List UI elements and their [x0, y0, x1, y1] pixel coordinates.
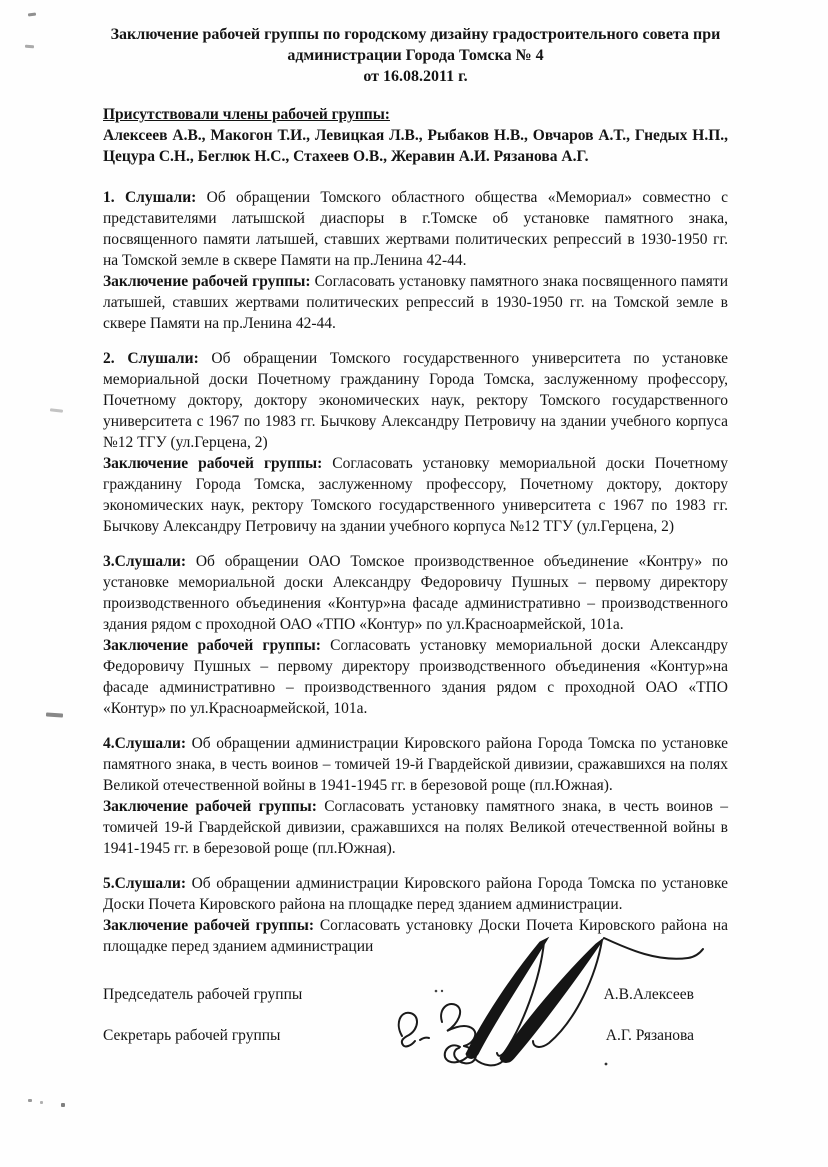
chairman-signature-row: Председатель рабочей группы А.В.Алексеев [103, 984, 728, 1005]
heard-label: 4.Слушали: [103, 735, 186, 752]
conclusion-label: Заключение рабочей группы: [103, 798, 317, 815]
section-4: 4.Слушали: Об обращении администрации Ки… [103, 733, 728, 859]
section-2-conclusion: Заключение рабочей группы: Согласовать у… [103, 453, 728, 537]
section-4-conclusion: Заключение рабочей группы: Согласовать у… [103, 796, 728, 859]
heard-text: Об обращении администрации Кировского ра… [103, 875, 728, 913]
section-3: 3.Слушали: Об обращении ОАО Томское прои… [103, 551, 728, 719]
scan-artifact [28, 12, 36, 16]
heard-text: Об обращении Томского областного обществ… [103, 189, 728, 269]
conclusion-label: Заключение рабочей группы: [103, 273, 311, 290]
section-4-heard: 4.Слушали: Об обращении администрации Ки… [103, 733, 728, 796]
heard-label: 1. Слушали: [103, 189, 196, 206]
section-3-heard: 3.Слушали: Об обращении ОАО Томское прои… [103, 551, 728, 635]
scan-artifact [61, 1103, 65, 1107]
section-1: 1. Слушали: Об обращении Томского област… [103, 187, 728, 334]
attendees-names: Алексеев А.В., Макогон Т.И., Левицкая Л.… [103, 125, 728, 167]
conclusion-label: Заключение рабочей группы: [103, 455, 322, 472]
secretary-name: А.Г. Рязанова [606, 1025, 694, 1046]
heard-text: Об обращении ОАО Томское производственно… [103, 553, 728, 633]
secretary-role-label: Секретарь рабочей группы [103, 1025, 280, 1046]
section-1-heard: 1. Слушали: Об обращении Томского област… [103, 187, 728, 271]
section-5-heard: 5.Слушали: Об обращении администрации Ки… [103, 873, 728, 915]
section-5: 5.Слушали: Об обращении администрации Ки… [103, 873, 728, 957]
secretary-signature-row: Секретарь рабочей группы А.Г. Рязанова [103, 1025, 728, 1046]
title-line-2: администрации Города Томска № 4 [103, 45, 728, 66]
section-2-heard: 2. Слушали: Об обращении Томского госуда… [103, 348, 728, 453]
title-line-1: Заключение рабочей группы по городскому … [103, 24, 728, 45]
heard-label: 2. Слушали: [103, 350, 199, 367]
scan-artifact [25, 45, 34, 49]
conclusion-label: Заключение рабочей группы: [103, 637, 321, 654]
scanned-document-page: Заключение рабочей группы по городскому … [0, 0, 828, 1167]
scan-artifact [46, 712, 63, 717]
heard-text: Об обращении администрации Кировского ра… [103, 735, 728, 794]
section-3-conclusion: Заключение рабочей группы: Согласовать у… [103, 635, 728, 719]
scan-artifact [40, 1101, 43, 1104]
conclusion-label: Заключение рабочей группы: [103, 917, 314, 934]
attendees-label: Присутствовали члены рабочей группы: [103, 106, 390, 123]
document-content: Заключение рабочей группы по городскому … [103, 24, 728, 1046]
chairman-role-label: Председатель рабочей группы [103, 984, 302, 1005]
scan-artifact [50, 408, 63, 412]
attendees-block: Присутствовали члены рабочей группы: Але… [103, 104, 728, 167]
document-title: Заключение рабочей группы по городскому … [103, 24, 728, 87]
title-line-3: от 16.08.2011 г. [103, 66, 728, 87]
section-1-conclusion: Заключение рабочей группы: Согласовать у… [103, 271, 728, 334]
scan-artifact [28, 1099, 32, 1102]
heard-label: 3.Слушали: [103, 553, 186, 570]
heard-label: 5.Слушали: [103, 875, 186, 892]
section-5-conclusion: Заключение рабочей группы: Согласовать у… [103, 915, 728, 957]
section-2: 2. Слушали: Об обращении Томского госуда… [103, 348, 728, 537]
chairman-name: А.В.Алексеев [604, 984, 694, 1005]
signature-block: Председатель рабочей группы А.В.Алексеев… [103, 984, 728, 1046]
